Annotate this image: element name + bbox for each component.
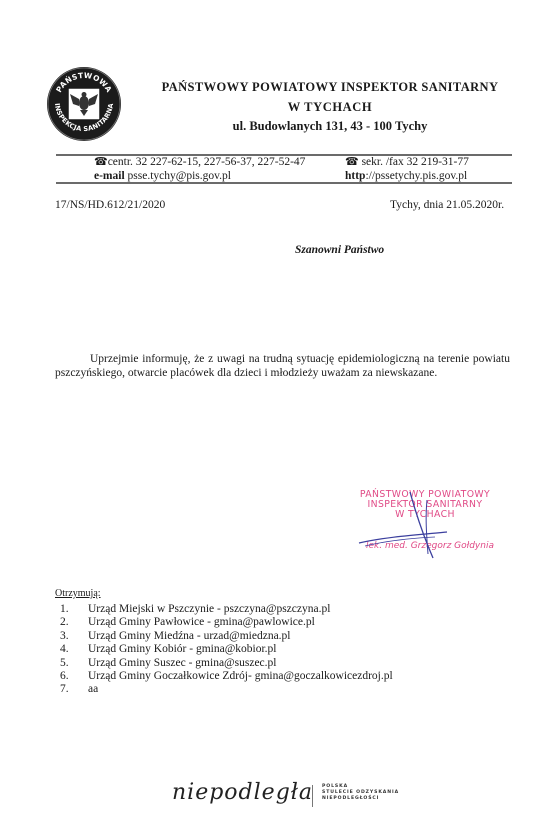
list-item: 4.Urząd Gminy Kobiór - gmina@kobior.pl [60,643,393,656]
phone-icon: ☎ [94,155,108,168]
institution-city: W TYCHACH [130,100,530,115]
email-link[interactable]: psse.tychy@pis.gov.pl [128,170,231,182]
handwritten-signature-icon [355,480,475,570]
list-item: 1.Urząd Miejski w Pszczynie - pszczyna@p… [60,603,393,616]
niepodlegla-script: niepodległa [172,780,313,805]
contact-right: ☎ sekr. /fax 32 219-31-77 http://pssetyc… [345,155,469,183]
institution-title: PAŃSTWOWY POWIATOWY INSPEKTOR SANITARNY [130,80,530,95]
salutation: Szanowni Państwo [295,244,384,256]
list-item: 2.Urząd Gminy Pawłowice - gmina@pawlowic… [60,616,393,629]
letter-body: Uprzejmie informuję, że z uwagi na trudn… [55,352,510,380]
list-item: 3.Urząd Gminy Miedźna - urzad@miedzna.pl [60,630,393,643]
email-label: e-mail [94,170,125,182]
secretary-fax: sekr. /fax 32 219-31-77 [362,156,469,168]
sanitary-inspection-emblem: PAŃSTWOWA INSPEKCJA SANITARNA [46,66,122,142]
fax-phone-icon: ☎ [345,155,359,168]
footer-divider [312,785,313,807]
reference-number: 17/NS/HD.612/21/2020 [55,199,165,211]
place-date: Tychy, dnia 21.05.2020r. [390,199,504,211]
emblem-icon: PAŃSTWOWA INSPEKCJA SANITARNA [46,66,122,142]
list-item: 5.Urząd Gminy Suszec - gmina@suszec.pl [60,657,393,670]
website-link[interactable]: http://pssetychy.pis.gov.pl [345,169,469,183]
list-item: 7.aa [60,683,393,696]
niepodlegla-logo: niepodległa [172,780,302,810]
institution-address: ul. Budowlanych 131, 43 - 100 Tychy [130,119,530,134]
contact-left: ☎centr. 32 227-62-15, 227-56-37, 227-52-… [94,155,305,183]
footer-caption: POLSKA STULECIE ODZYSKANIA NIEPODLEGŁOŚC… [322,784,399,802]
recipients-label: Otrzymują: [55,588,101,599]
list-item: 6.Urząd Gminy Goczałkowice Zdrój- gmina@… [60,670,393,683]
recipients-list: 1.Urząd Miejski w Pszczynie - pszczyna@p… [60,603,393,697]
central-phones: centr. 32 227-62-15, 227-56-37, 227-52-4… [108,156,306,168]
header-rule-bottom [56,182,512,184]
